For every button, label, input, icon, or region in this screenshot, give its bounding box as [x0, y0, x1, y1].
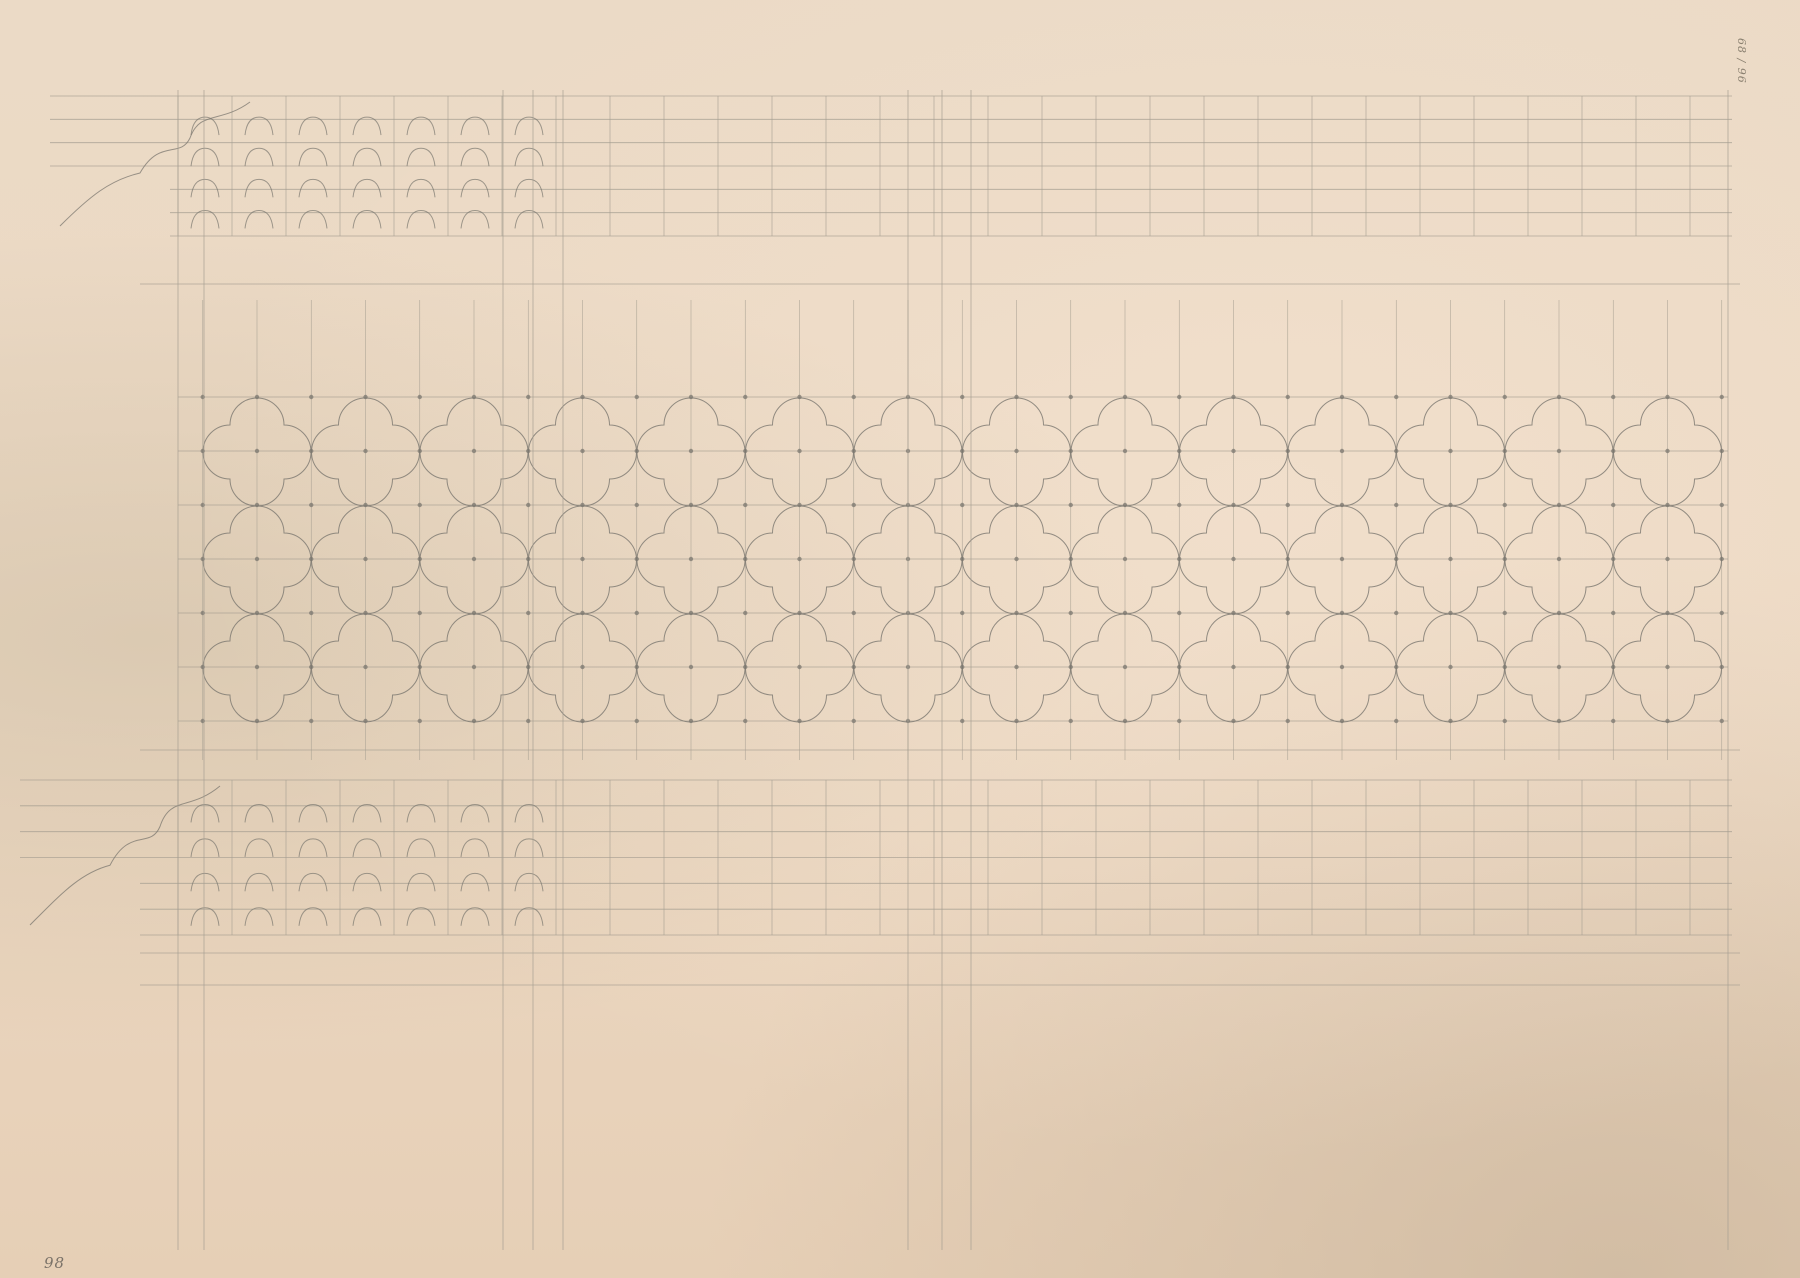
compass-point	[743, 719, 747, 723]
compass-point	[1557, 719, 1561, 723]
top-band-profile	[353, 117, 381, 135]
compass-point	[363, 611, 367, 615]
compass-point	[472, 449, 476, 453]
bottom-band-profile	[299, 908, 327, 926]
compass-point	[1123, 665, 1127, 669]
compass-point	[418, 449, 422, 453]
compass-point	[1557, 395, 1561, 399]
compass-point	[309, 503, 313, 507]
bottom-band-profile	[461, 839, 489, 857]
compass-point	[255, 665, 259, 669]
compass-point	[1448, 611, 1452, 615]
compass-point	[1394, 557, 1398, 561]
compass-point	[1177, 719, 1181, 723]
compass-point	[526, 395, 530, 399]
compass-point	[689, 611, 693, 615]
compass-point	[472, 395, 476, 399]
drawing-sheet: 98 68 / 96	[0, 0, 1800, 1278]
compass-point	[689, 665, 693, 669]
compass-point	[960, 503, 964, 507]
top-band-profile	[191, 179, 219, 197]
compass-point	[635, 611, 639, 615]
compass-point	[1231, 719, 1235, 723]
top-band-profile	[191, 117, 219, 135]
compass-point	[852, 557, 856, 561]
compass-point	[472, 611, 476, 615]
top-band-profile	[407, 117, 435, 135]
compass-point	[526, 503, 530, 507]
top-band-profile	[515, 210, 543, 228]
bottom-band-profile	[245, 908, 273, 926]
compass-point	[852, 449, 856, 453]
bottom-band-profile	[353, 804, 381, 822]
compass-point	[1611, 503, 1615, 507]
bottom-band-profile	[353, 873, 381, 891]
compass-point	[1177, 503, 1181, 507]
compass-point	[1557, 611, 1561, 615]
compass-point	[1720, 665, 1724, 669]
compass-point	[255, 611, 259, 615]
compass-point	[1394, 395, 1398, 399]
compass-point	[689, 449, 693, 453]
compass-point	[743, 449, 747, 453]
compass-point	[472, 557, 476, 561]
compass-point	[1231, 665, 1235, 669]
bottom-band-profile	[515, 873, 543, 891]
compass-point	[255, 503, 259, 507]
compass-point	[1340, 611, 1344, 615]
compass-point	[1123, 449, 1127, 453]
compass-point	[1394, 665, 1398, 669]
compass-point	[526, 557, 530, 561]
compass-point	[418, 611, 422, 615]
compass-point	[1503, 719, 1507, 723]
top-band-profile	[353, 148, 381, 166]
compass-point	[743, 395, 747, 399]
compass-point	[1069, 665, 1073, 669]
bottom-band-profile	[515, 804, 543, 822]
top-band-profile	[191, 148, 219, 166]
compass-point	[1503, 557, 1507, 561]
bottom-band-profile	[407, 873, 435, 891]
compass-point	[580, 665, 584, 669]
bottom-band-profile	[461, 804, 489, 822]
compass-point	[1394, 449, 1398, 453]
compass-point	[1177, 557, 1181, 561]
compass-point	[852, 611, 856, 615]
compass-point	[743, 611, 747, 615]
compass-point	[1557, 503, 1561, 507]
compass-point	[797, 503, 801, 507]
compass-point	[580, 449, 584, 453]
compass-point	[960, 449, 964, 453]
compass-point	[1340, 665, 1344, 669]
top-band-profile	[245, 148, 273, 166]
compass-point	[472, 503, 476, 507]
compass-point	[309, 557, 313, 561]
top-band-profile	[407, 179, 435, 197]
bottom-band-profile	[299, 804, 327, 822]
compass-point	[1286, 665, 1290, 669]
compass-point	[960, 719, 964, 723]
compass-point	[309, 665, 313, 669]
compass-point	[1665, 611, 1669, 615]
compass-point	[472, 665, 476, 669]
compass-point	[1069, 611, 1073, 615]
compass-point	[1720, 395, 1724, 399]
compass-point	[1069, 719, 1073, 723]
compass-point	[1665, 557, 1669, 561]
compass-point	[1394, 503, 1398, 507]
bottom-band-profile	[191, 839, 219, 857]
compass-point	[1720, 503, 1724, 507]
compass-point	[1123, 611, 1127, 615]
compass-point	[797, 557, 801, 561]
compass-point	[1448, 557, 1452, 561]
compass-point	[797, 611, 801, 615]
compass-point	[363, 503, 367, 507]
compass-point	[852, 719, 856, 723]
pencil-drawing	[0, 0, 1800, 1278]
bottom-band-profile	[299, 873, 327, 891]
compass-point	[1231, 611, 1235, 615]
compass-point	[960, 557, 964, 561]
bottom-band-profile	[245, 839, 273, 857]
compass-point	[418, 719, 422, 723]
compass-point	[1557, 449, 1561, 453]
compass-point	[1611, 719, 1615, 723]
compass-point	[852, 665, 856, 669]
compass-point	[1069, 395, 1073, 399]
top-band-profile	[299, 117, 327, 135]
compass-point	[1231, 449, 1235, 453]
compass-point	[1123, 395, 1127, 399]
compass-point	[1611, 611, 1615, 615]
compass-point	[363, 719, 367, 723]
compass-point	[363, 665, 367, 669]
compass-point	[689, 503, 693, 507]
compass-point	[309, 611, 313, 615]
compass-point	[1177, 665, 1181, 669]
compass-point	[797, 719, 801, 723]
compass-point	[363, 557, 367, 561]
top-band-moulding-outline	[60, 102, 250, 226]
compass-point	[1340, 449, 1344, 453]
bottom-band-profile	[299, 839, 327, 857]
compass-point	[1340, 557, 1344, 561]
compass-point	[255, 557, 259, 561]
bottom-band-profile	[407, 839, 435, 857]
bottom-band-profile	[515, 839, 543, 857]
compass-point	[1014, 395, 1018, 399]
top-band-profile	[299, 210, 327, 228]
compass-point	[689, 719, 693, 723]
compass-point	[743, 503, 747, 507]
compass-point	[1069, 557, 1073, 561]
bottom-band-profile	[191, 804, 219, 822]
compass-point	[1611, 665, 1615, 669]
compass-point	[363, 449, 367, 453]
compass-point	[1665, 449, 1669, 453]
compass-point	[1014, 665, 1018, 669]
compass-point	[580, 557, 584, 561]
top-band-profile	[299, 148, 327, 166]
compass-point	[418, 503, 422, 507]
compass-point	[526, 665, 530, 669]
compass-point	[1394, 611, 1398, 615]
top-band-profile	[515, 117, 543, 135]
compass-point	[635, 395, 639, 399]
top-band-profile	[407, 210, 435, 228]
compass-point	[1665, 395, 1669, 399]
compass-point	[1665, 719, 1669, 723]
compass-point	[1286, 611, 1290, 615]
compass-point	[309, 395, 313, 399]
compass-point	[1014, 503, 1018, 507]
compass-point	[1557, 557, 1561, 561]
top-band-profile	[461, 179, 489, 197]
compass-point	[1503, 449, 1507, 453]
top-band-profile	[515, 179, 543, 197]
compass-point	[1611, 449, 1615, 453]
compass-point	[1720, 557, 1724, 561]
compass-point	[1123, 557, 1127, 561]
compass-point	[1286, 449, 1290, 453]
bottom-band-profile	[245, 873, 273, 891]
compass-point	[1231, 503, 1235, 507]
compass-point	[1448, 449, 1452, 453]
compass-point	[1014, 719, 1018, 723]
compass-point	[635, 503, 639, 507]
compass-point	[1448, 395, 1452, 399]
compass-point	[1557, 665, 1561, 669]
compass-point	[1720, 449, 1724, 453]
bottom-band-profile	[407, 804, 435, 822]
compass-point	[255, 395, 259, 399]
compass-point	[797, 395, 801, 399]
compass-point	[472, 719, 476, 723]
compass-point	[1665, 665, 1669, 669]
top-band-profile	[407, 148, 435, 166]
compass-point	[852, 395, 856, 399]
bottom-band-profile	[245, 804, 273, 822]
bottom-band-profile	[461, 908, 489, 926]
compass-point	[1448, 503, 1452, 507]
compass-point	[526, 611, 530, 615]
top-band-profile	[245, 117, 273, 135]
compass-point	[1340, 503, 1344, 507]
compass-point	[1123, 719, 1127, 723]
compass-point	[1611, 557, 1615, 561]
compass-point	[1014, 557, 1018, 561]
compass-point	[580, 611, 584, 615]
compass-point	[1014, 611, 1018, 615]
compass-point	[580, 503, 584, 507]
compass-point	[1503, 665, 1507, 669]
bottom-band-profile	[407, 908, 435, 926]
compass-point	[1286, 395, 1290, 399]
compass-point	[797, 665, 801, 669]
compass-point	[1014, 449, 1018, 453]
compass-point	[418, 557, 422, 561]
bottom-band-profile	[353, 908, 381, 926]
top-band-profile	[245, 210, 273, 228]
compass-point	[255, 449, 259, 453]
compass-point	[418, 395, 422, 399]
bottom-band-profile	[461, 873, 489, 891]
compass-point	[797, 449, 801, 453]
top-band-profile	[515, 148, 543, 166]
compass-point	[743, 665, 747, 669]
top-band-profile	[245, 179, 273, 197]
compass-point	[689, 557, 693, 561]
compass-point	[580, 395, 584, 399]
compass-point	[635, 665, 639, 669]
compass-point	[1231, 395, 1235, 399]
compass-point	[1503, 395, 1507, 399]
compass-point	[1286, 557, 1290, 561]
compass-point	[1069, 449, 1073, 453]
compass-point	[1503, 503, 1507, 507]
compass-point	[635, 449, 639, 453]
compass-point	[309, 719, 313, 723]
bottom-band-profile	[353, 839, 381, 857]
corner-annotation: 68 / 96	[1735, 38, 1748, 84]
compass-point	[1665, 503, 1669, 507]
compass-point	[960, 665, 964, 669]
bottom-band-profile	[191, 873, 219, 891]
compass-point	[255, 719, 259, 723]
compass-point	[1069, 503, 1073, 507]
compass-point	[1720, 719, 1724, 723]
compass-point	[309, 449, 313, 453]
top-band-profile	[353, 210, 381, 228]
compass-point	[1286, 719, 1290, 723]
compass-point	[743, 557, 747, 561]
top-band-profile	[191, 210, 219, 228]
top-band-profile	[461, 210, 489, 228]
compass-point	[960, 611, 964, 615]
top-band-profile	[299, 179, 327, 197]
compass-point	[635, 719, 639, 723]
compass-point	[960, 395, 964, 399]
compass-point	[1720, 611, 1724, 615]
top-band-profile	[461, 117, 489, 135]
top-band-profile	[353, 179, 381, 197]
sheet-number-label: 98	[44, 1254, 65, 1272]
compass-point	[852, 503, 856, 507]
compass-point	[526, 449, 530, 453]
compass-point	[1340, 395, 1344, 399]
compass-point	[1177, 395, 1181, 399]
bottom-band-profile	[515, 908, 543, 926]
compass-point	[635, 557, 639, 561]
compass-point	[418, 665, 422, 669]
compass-point	[1177, 449, 1181, 453]
compass-point	[1123, 503, 1127, 507]
compass-point	[1340, 719, 1344, 723]
compass-point	[1286, 503, 1290, 507]
top-band-profile	[461, 148, 489, 166]
compass-point	[1231, 557, 1235, 561]
compass-point	[580, 719, 584, 723]
compass-point	[1611, 395, 1615, 399]
compass-point	[363, 395, 367, 399]
compass-point	[1177, 611, 1181, 615]
compass-point	[689, 395, 693, 399]
compass-point	[526, 719, 530, 723]
compass-point	[1448, 665, 1452, 669]
compass-point	[1448, 719, 1452, 723]
bottom-band-profile	[191, 908, 219, 926]
compass-point	[1394, 719, 1398, 723]
compass-point	[1503, 611, 1507, 615]
